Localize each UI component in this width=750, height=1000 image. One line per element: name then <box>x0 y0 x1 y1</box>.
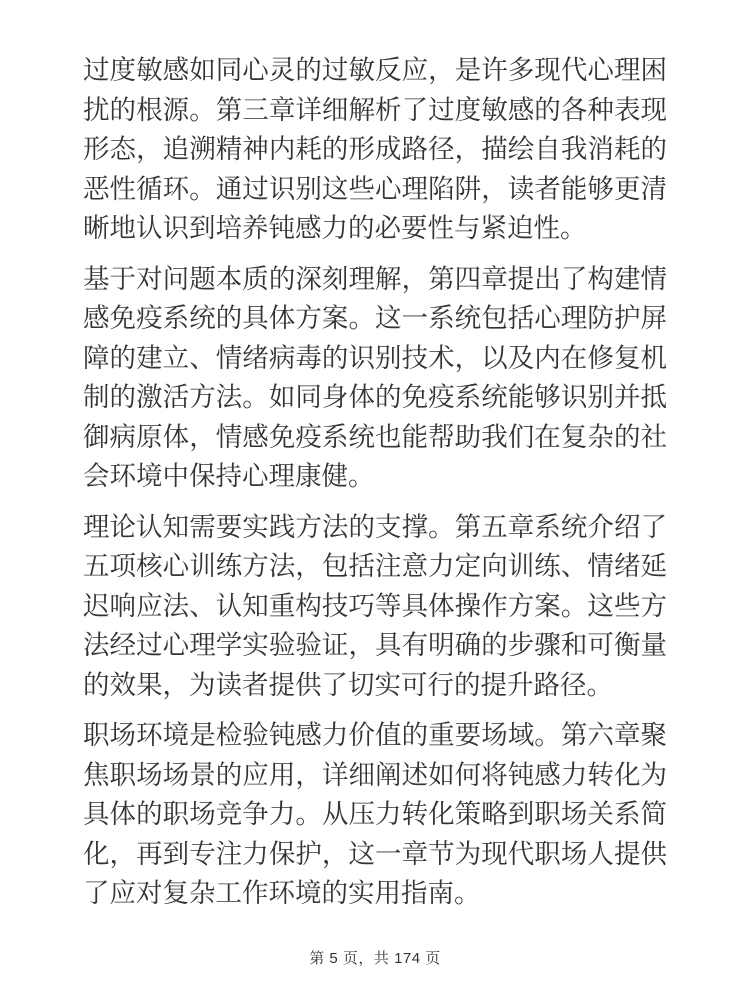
paragraph-4: 职场环境是检验钝感力价值的重要场域。第六章聚焦职场场景的应用，详细阐述如何将钝感… <box>83 716 667 914</box>
paragraph-3: 理论认知需要实践方法的支撑。第五章系统介绍了五项核心训练方法，包括注意力定向训练… <box>83 508 667 706</box>
paragraph-1: 过度敏感如同心灵的过敏反应，是许多现代心理困扰的根源。第三章详细解析了过度敏感的… <box>83 51 667 249</box>
document-page: 过度敏感如同心灵的过敏反应，是许多现代心理困扰的根源。第三章详细解析了过度敏感的… <box>0 0 750 1000</box>
page-content: 过度敏感如同心灵的过敏反应，是许多现代心理困扰的根源。第三章详细解析了过度敏感的… <box>83 51 667 914</box>
page-number-footer: 第 5 页，共 174 页 <box>0 947 750 968</box>
paragraph-2: 基于对问题本质的深刻理解，第四章提出了构建情感免疫系统的具体方案。这一系统包括心… <box>83 260 667 497</box>
